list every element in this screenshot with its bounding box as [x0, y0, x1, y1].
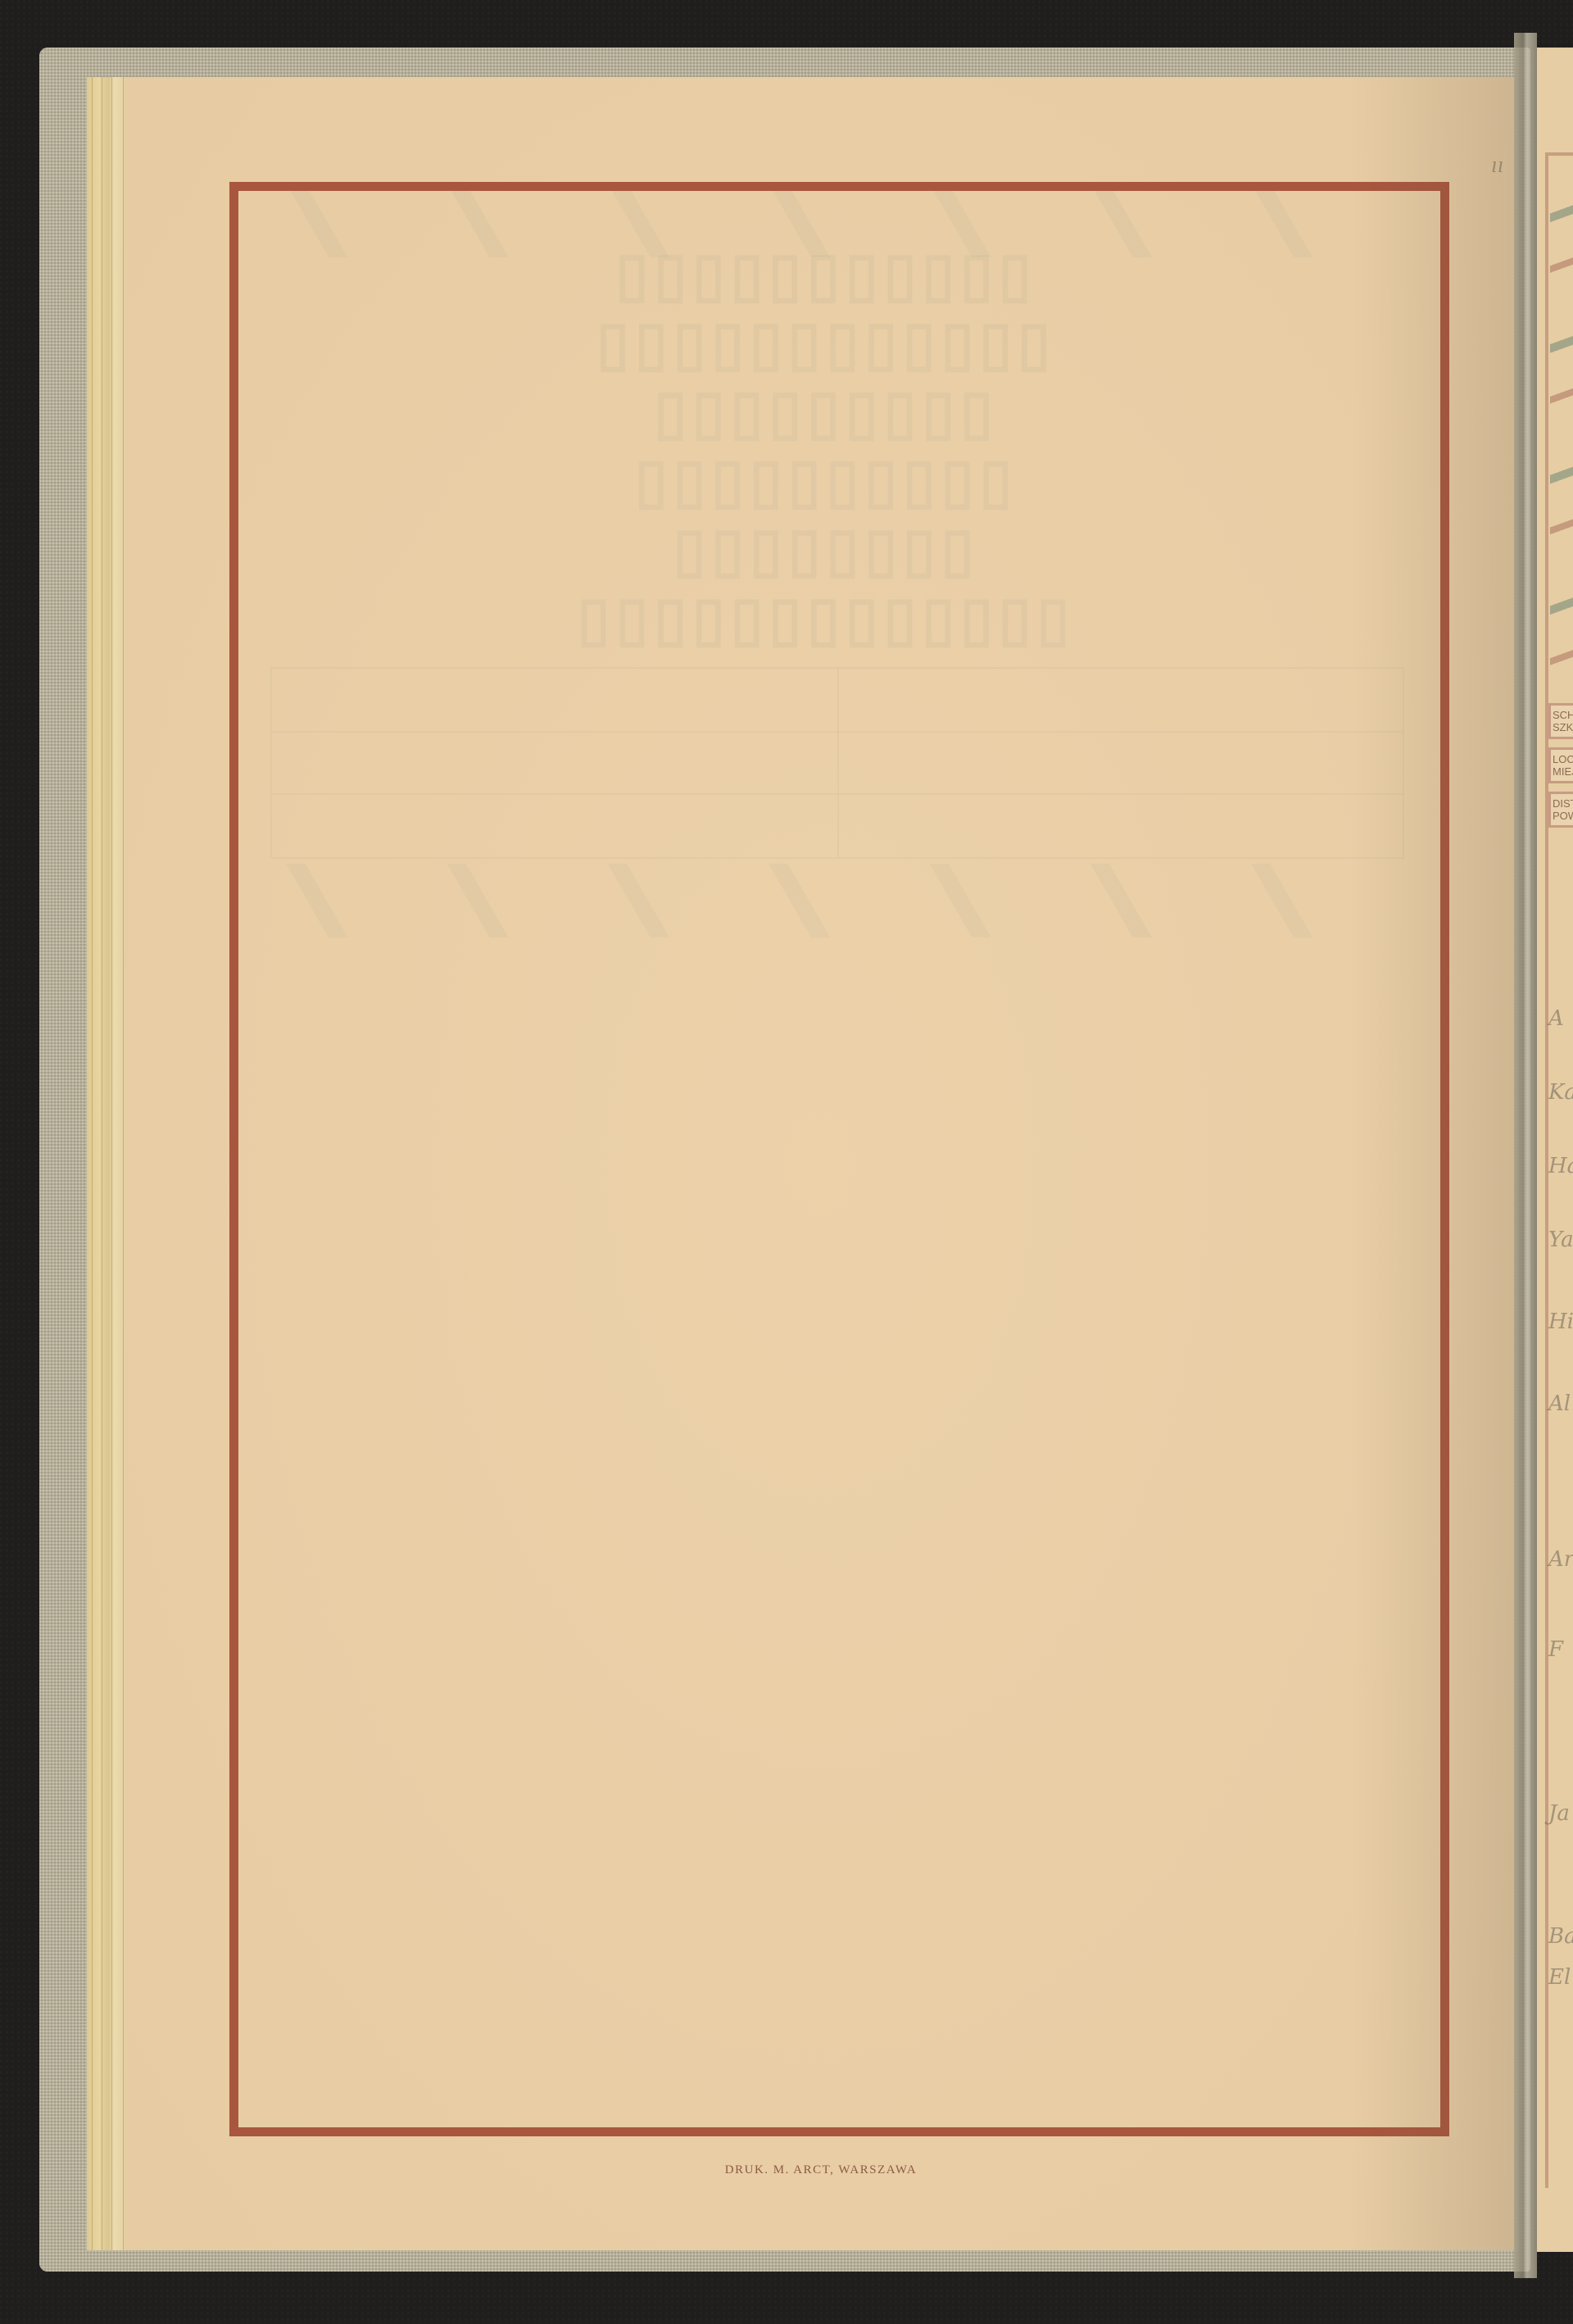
handwritten-name: A	[1548, 1006, 1564, 1031]
handwritten-name: Hi	[1548, 1310, 1573, 1334]
pencil-mark: ıı	[1491, 152, 1504, 179]
handwritten-name: Kari	[1548, 1080, 1573, 1105]
page-edges	[87, 77, 126, 2250]
label-locality: LOCA MIEJS	[1548, 747, 1573, 783]
handwritten-name: El	[1548, 1965, 1571, 1990]
handwritten-name: Al	[1548, 1391, 1571, 1416]
handwritten-name: Hau	[1548, 1154, 1573, 1178]
facing-page-edge: SCHO SZKO LOCA MIEJS DISTR POW A Kari Ha…	[1537, 48, 1573, 2252]
facing-page-ornament	[1550, 179, 1573, 687]
handwritten-name: Ja	[1548, 1801, 1570, 1826]
facing-page-labels: SCHO SZKO LOCA MIEJS DISTR POW	[1548, 703, 1573, 836]
handwritten-name: Ar	[1548, 1547, 1573, 1572]
printer-imprint: DRUK. M. ARCT, WARSZAWA	[125, 2163, 1517, 2177]
handwritten-name: Yasl	[1548, 1228, 1573, 1252]
book-page: ▯▯▯▯▯▯▯▯▯▯▯▯▯▯▯▯▯▯▯▯▯▯▯▯▯▯▯▯▯▯▯▯▯▯▯▯▯▯▯▯…	[125, 77, 1517, 2250]
book-gutter	[1514, 33, 1537, 2278]
page-border-frame	[229, 182, 1449, 2136]
label-school: SCHO SZKO	[1548, 703, 1573, 739]
handwritten-name: Ba	[1548, 1924, 1573, 1949]
handwritten-name: F	[1548, 1637, 1563, 1662]
label-district: DISTR POW	[1548, 792, 1573, 828]
